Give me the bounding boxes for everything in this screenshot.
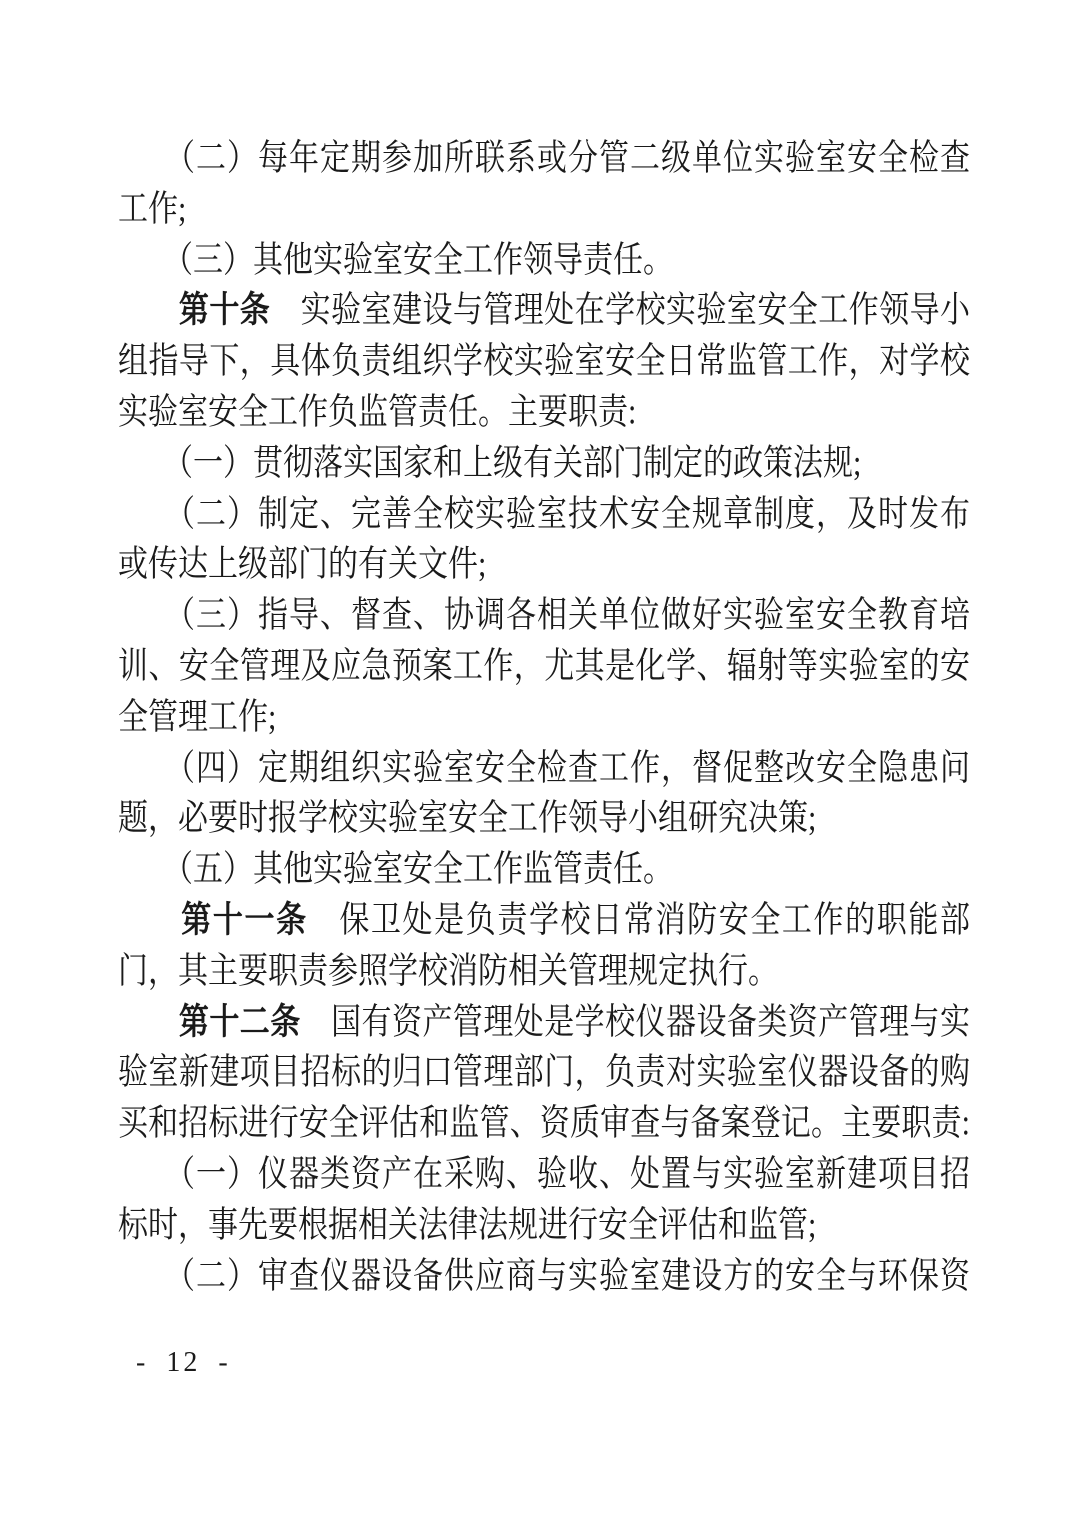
- text-line: （二）审查仪器设备供应商与实验室建设方的安全与环保资: [118, 1246, 970, 1307]
- text-segment: 买和招标进行安全评估和监管、资质审查与备案登记。主要职责:: [118, 1104, 970, 1144]
- text-segment: （一）贯彻落实国家和上级有关部门制定的政策法规;: [118, 443, 861, 483]
- text-segment: （一）仪器类资产在采购、验收、处置与实验室新建项目招: [118, 1154, 970, 1194]
- text-segment: 实验室建设与管理处在学校实验室安全工作领导小: [270, 291, 970, 331]
- text-segment: 实验室安全工作负监管责任。主要职责:: [118, 393, 636, 433]
- text-segment: 标时，事先要根据相关法律法规进行安全评估和监管;: [118, 1205, 816, 1245]
- document-body: （二）每年定期参加所联系或分管二级单位实验室安全检查工作; （三）其他实验室安全…: [118, 134, 970, 1302]
- article-number: 第十二条: [179, 1002, 301, 1042]
- text-segment: （五）其他实验室安全工作监管责任。: [118, 850, 673, 890]
- text-segment: （四）定期组织实验室安全检查工作，督促整改安全隐患问: [118, 748, 970, 788]
- text-segment: 验室新建项目招标的归口管理部门，负责对实验室仪器设备的购: [118, 1053, 970, 1093]
- text-segment: 全管理工作;: [118, 697, 276, 737]
- text-segment: （二）审查仪器设备供应商与实验室建设方的安全与环保资: [118, 1256, 970, 1296]
- text-segment: 门，其主要职责参照学校消防相关管理规定执行。: [118, 951, 778, 991]
- text-segment: 或传达上级部门的有关文件;: [118, 545, 486, 585]
- text-segment: 组指导下，具体负责组织学校实验室安全日常监管工作，对学校: [118, 342, 970, 382]
- text-segment: 国有资产管理处是学校仪器设备类资产管理与实: [301, 1002, 970, 1042]
- text-segment: 保卫处是负责学校日常消防安全工作的职能部: [308, 900, 970, 940]
- text-segment: 训、安全管理及应急预案工作，尤其是化学、辐射等实验室的安: [118, 646, 970, 686]
- text-segment: （二）每年定期参加所联系或分管二级单位实验室安全检查: [118, 139, 970, 179]
- text-segment: （三）指导、督查、协调各相关单位做好实验室安全教育培: [118, 596, 970, 636]
- text-segment: [118, 1002, 179, 1042]
- article-number: 第十条: [179, 291, 270, 331]
- text-segment: （二）制定、完善全校实验室技术安全规章制度，及时发布: [118, 494, 970, 534]
- article-number: 第十一条: [181, 900, 307, 940]
- text-segment: 题，必要时报学校实验室安全工作领导小组研究决策;: [118, 799, 816, 839]
- text-segment: [118, 291, 179, 331]
- document-page: （二）每年定期参加所联系或分管二级单位实验室安全检查工作; （三）其他实验室安全…: [0, 0, 1080, 1528]
- text-segment: [118, 900, 181, 940]
- text-segment: 工作;: [118, 189, 186, 229]
- page-footer: - 12 -: [136, 1346, 231, 1380]
- page-number: - 12 -: [136, 1347, 231, 1378]
- text-segment: （三）其他实验室安全工作领导责任。: [118, 240, 673, 280]
